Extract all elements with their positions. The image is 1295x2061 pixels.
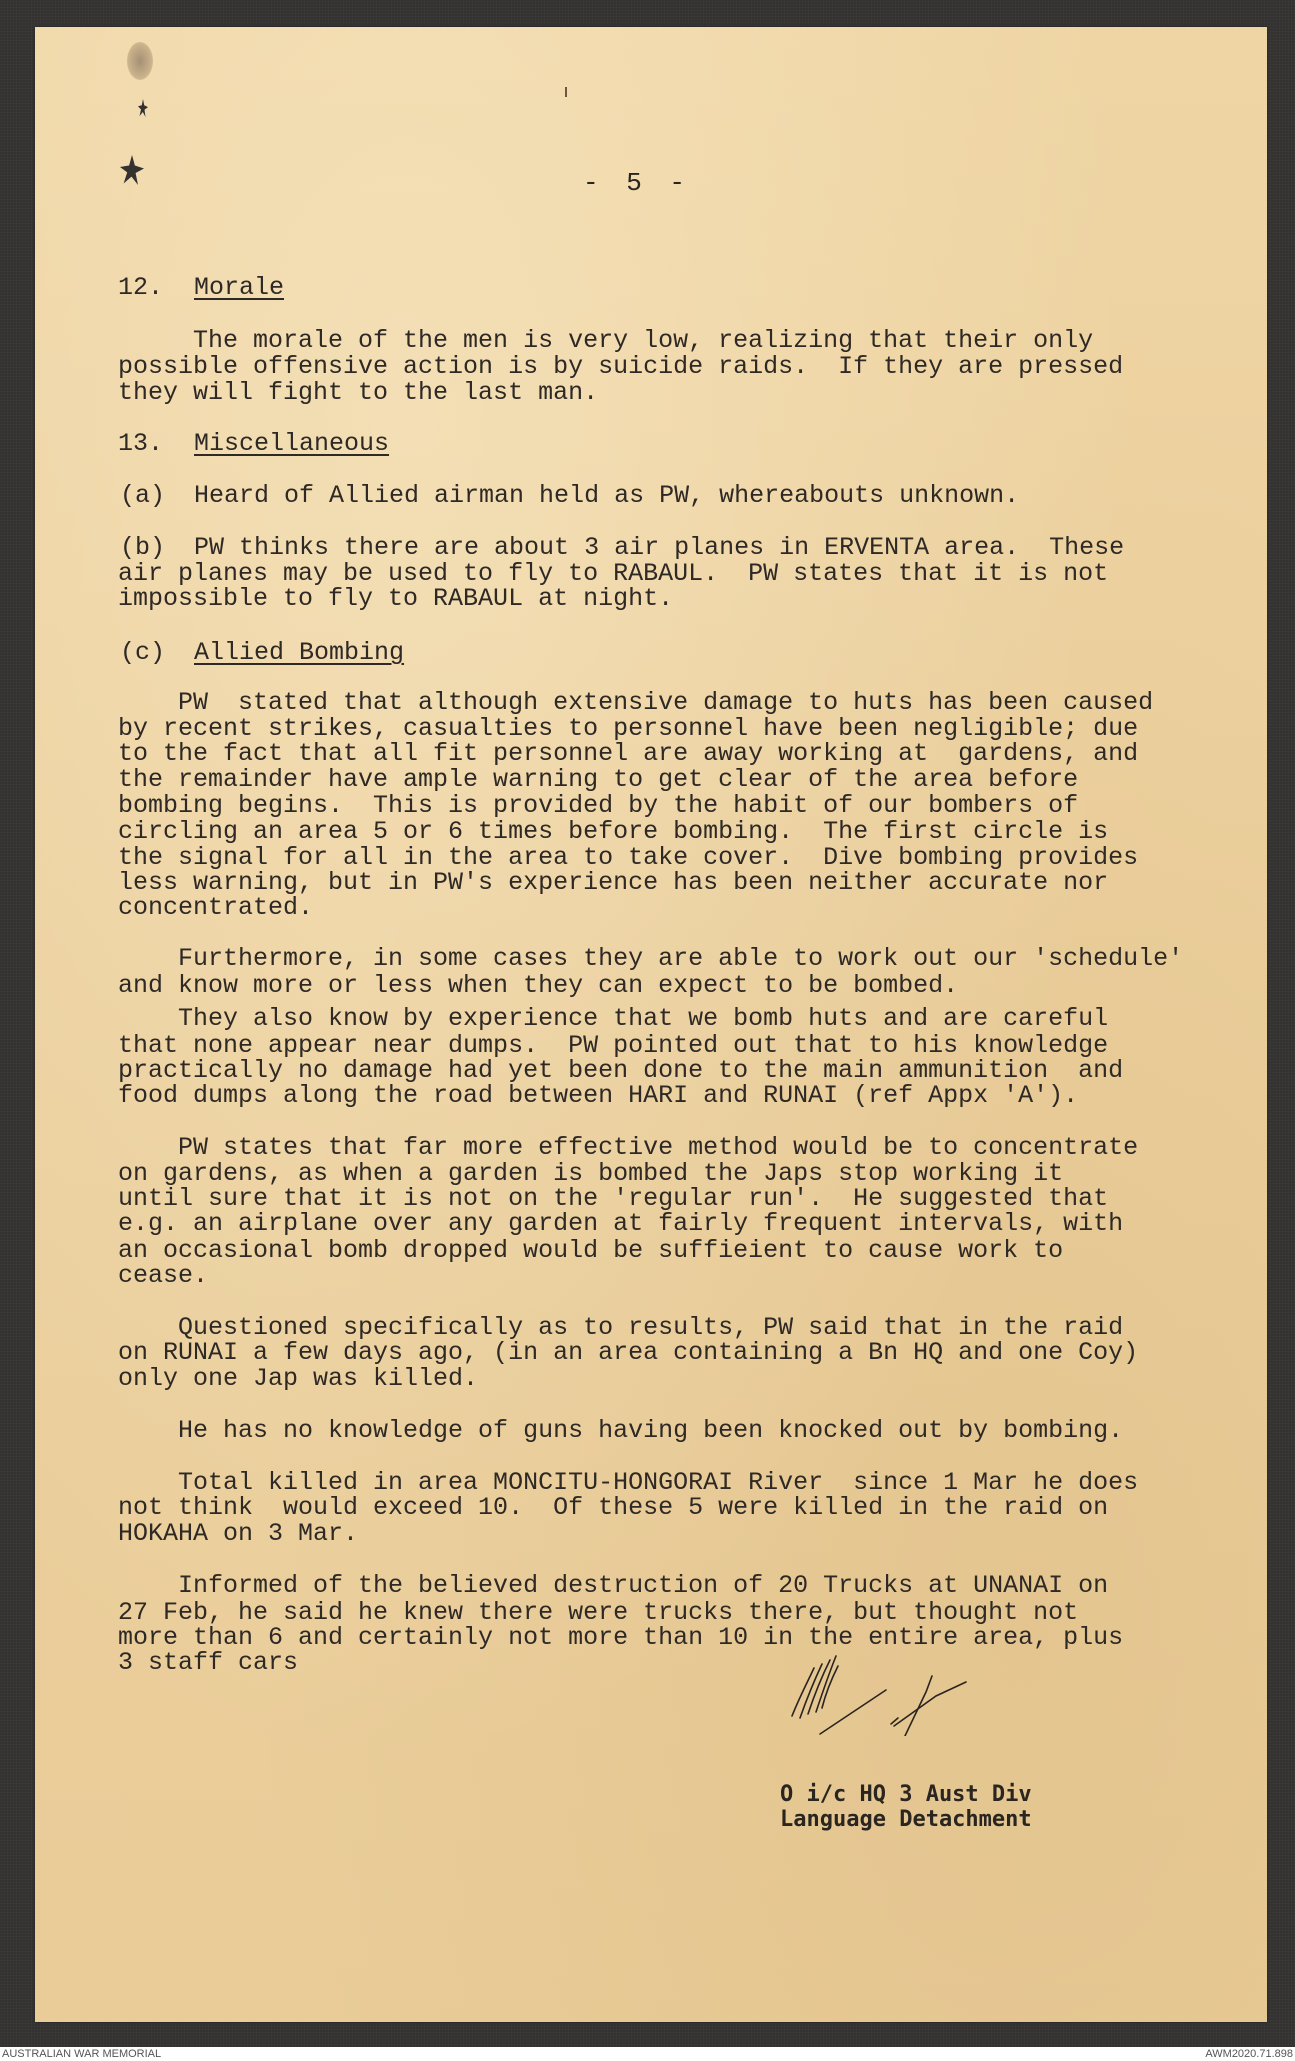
ink-mark <box>565 87 567 97</box>
body-line: circling an area 5 or 6 times before bom… <box>118 817 1108 846</box>
body-line: They also know by experience that we bom… <box>118 1004 1108 1033</box>
body-line: The morale of the men is very low, reali… <box>118 326 1093 355</box>
body-line: PW stated that although extensive damage… <box>118 688 1153 717</box>
body-line: Informed of the believed destruction of … <box>118 1571 1108 1600</box>
body-line: concentrated. <box>118 893 313 922</box>
signature-unit: Language Detachment <box>780 1807 1032 1832</box>
body-line: food dumps along the road between HARI a… <box>118 1081 1078 1110</box>
body-line: not think would exceed 10. Of these 5 we… <box>118 1493 1108 1522</box>
handwritten-signature <box>786 1646 986 1736</box>
body-line: PW states that far more effective method… <box>118 1133 1138 1162</box>
rust-stain <box>127 42 153 80</box>
item-c-label: (c) <box>120 638 165 667</box>
item-c-heading: Allied Bombing <box>194 638 404 667</box>
section-12-heading: Morale <box>194 273 284 302</box>
body-line: He has no knowledge of guns having been … <box>118 1416 1123 1445</box>
body-line: Heard of Allied airman held as PW, where… <box>194 481 1019 510</box>
body-line: cease. <box>118 1261 208 1290</box>
item-a-label: (a) <box>120 481 165 510</box>
body-line: PW thinks there are about 3 air planes i… <box>194 533 1124 562</box>
section-13-heading: Miscellaneous <box>194 429 389 458</box>
footer-institution: AUSTRALIAN WAR MEMORIAL <box>2 2048 161 2061</box>
body-line: impossible to fly to RABAUL at night. <box>118 584 673 613</box>
body-line: HOKAHA on 3 Mar. <box>118 1519 358 1548</box>
body-line: on RUNAI a few days ago, (in an area con… <box>118 1338 1138 1367</box>
body-line: Furthermore, in some cases they are able… <box>118 944 1183 973</box>
body-line: and know more or less when they can expe… <box>118 971 958 1000</box>
signature-title: O i/c HQ 3 Aust Div <box>780 1782 1032 1807</box>
body-line: an occasional bomb dropped would be suff… <box>118 1236 1063 1265</box>
punch-hole <box>120 155 144 185</box>
body-line: 3 staff cars <box>118 1648 298 1677</box>
body-line: possible offensive action is by suicide … <box>118 352 1123 381</box>
punch-hole <box>138 99 148 117</box>
footer-accession-number: AWM2020.71.898 <box>1205 2048 1293 2061</box>
page-number: - 5 - <box>583 168 691 198</box>
body-line: they will fight to the last man. <box>118 378 598 407</box>
body-line: to the fact that all fit personnel are a… <box>118 739 1138 768</box>
body-line: only one Jap was killed. <box>118 1364 478 1393</box>
item-b-label: (b) <box>120 533 165 562</box>
section-13-number: 13. <box>118 429 163 458</box>
body-line: e.g. an airplane over any garden at fair… <box>118 1209 1123 1238</box>
body-line: the remainder have ample warning to get … <box>118 765 1078 794</box>
body-line: bombing begins. This is provided by the … <box>118 791 1078 820</box>
section-12-number: 12. <box>118 273 163 302</box>
